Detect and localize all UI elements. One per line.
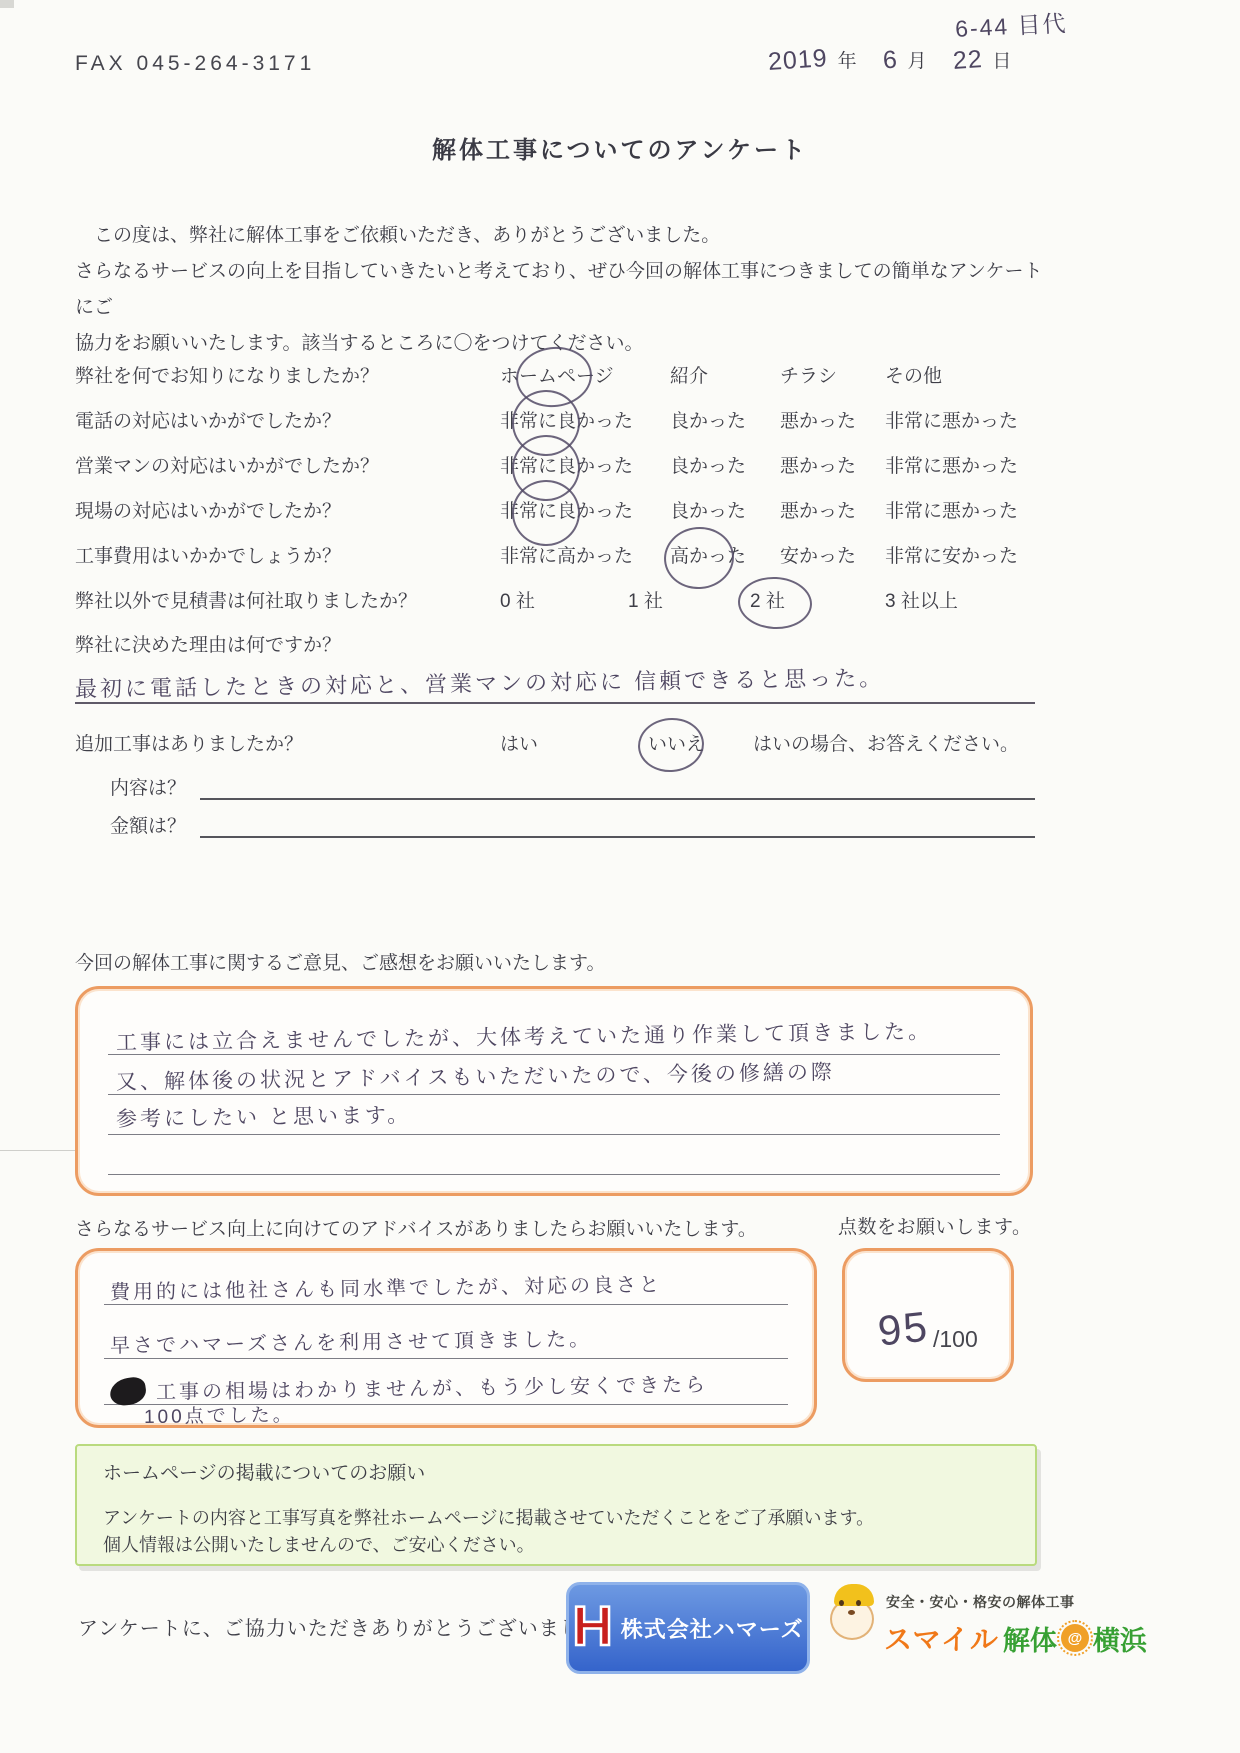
- comment-line-empty: [108, 1135, 1000, 1175]
- option: 良かった: [670, 451, 780, 478]
- question-row-site: 現場の対応はいかがでしたか？ 非常に良かった 良かった 悪かった 非常に悪かった: [75, 487, 1175, 532]
- company-name: 株式会社ハマーズ: [621, 1613, 804, 1644]
- fax-number: FAX 045-264-3171: [75, 52, 315, 76]
- advice-line-text: 早さでハマーズさんを利用させて頂きました。: [110, 1323, 592, 1359]
- option: その他: [885, 361, 1175, 388]
- comment-line: 工事の相場はわかりませんが、もう少し安くできたら: [104, 1359, 788, 1405]
- option: 安かった: [780, 541, 885, 568]
- reason-answer-line: 最初に電話したときの対応と、営業マンの対応に 信頼できると思った。: [75, 656, 1035, 704]
- comment-line: 100点でした。: [104, 1405, 788, 1431]
- homepage-request-line: アンケートの内容と工事写真を弊社ホームページに掲載させていただくことをご了承願い…: [103, 1505, 1009, 1532]
- option: 悪かった: [780, 406, 885, 433]
- option: ホームページ: [500, 361, 670, 388]
- advice-line-text: 工事の相場はわかりませんが、もう少し安くできたら: [156, 1368, 708, 1405]
- question-label: 弊社を何でお知りになりましたか？: [75, 361, 500, 388]
- h-monogram-icon: H: [572, 1598, 612, 1654]
- score-denominator: /100: [933, 1326, 978, 1353]
- score-request-label: 点数をお願いします。: [838, 1212, 1031, 1239]
- option: 0 社: [500, 586, 628, 613]
- brand-name-row: スマイル 解体 @ 横浜: [884, 1618, 1147, 1658]
- homepage-request-title: ホームページの掲載についてのお願い: [103, 1458, 1009, 1485]
- option-no: いいえ: [648, 729, 753, 756]
- comment-line: 又、解体後の状況とアドバイスもいただいたので、今後の修繕の際: [108, 1055, 1000, 1095]
- question-label: 現場の対応はいかがでしたか？: [75, 496, 500, 523]
- question-label: 弊社以外で見積書は何社取りましたか？: [75, 586, 500, 613]
- feedback-line-text: 又、解体後の状況とアドバイスもいただいたので、今後の修繕の際: [116, 1056, 835, 1096]
- question-row-phone: 電話の対応はいかがでしたか？ 非常に良かった 良かった 悪かった 非常に悪かった: [75, 397, 1175, 442]
- additional-work-label: 追加工事はありましたか？: [75, 729, 500, 756]
- thanks-message: アンケートに、ご協力いただきありがとうございました。: [78, 1612, 623, 1641]
- option: 2 社: [750, 586, 885, 613]
- score-value: 95: [876, 1302, 931, 1355]
- sun-at-icon: @: [1061, 1624, 1089, 1652]
- option: 1 社: [628, 586, 750, 613]
- option: 悪かった: [780, 451, 885, 478]
- option: 非常に悪かった: [885, 496, 1175, 523]
- brand-yokohama-text: 横浜: [1093, 1619, 1147, 1658]
- option: 良かった: [670, 406, 780, 433]
- option: 悪かった: [780, 496, 885, 523]
- homepage-request-box: ホームページの掲載についてのお願い アンケートの内容と工事写真を弊社ホームページ…: [75, 1444, 1037, 1566]
- additional-work-row: 追加工事はありましたか？ はい いいえ はいの場合、お答えください。: [75, 722, 1175, 762]
- comment-line: 費用的には他社さんも同水準でしたが、対応の良さと: [104, 1261, 788, 1305]
- option: 良かった: [670, 496, 780, 523]
- option: 非常に高かった: [500, 541, 670, 568]
- question-label: 営業マンの対応はいかがでしたか？: [75, 451, 500, 478]
- brand-tagline: 安全・安心・格安の解体工事: [886, 1592, 1075, 1612]
- option: 非常に安かった: [885, 541, 1175, 568]
- comment-line: 工事には立合えませんでしたが、大体考えていた通り作業して頂きました。: [108, 1003, 1000, 1055]
- reason-answer-text: 最初に電話したときの対応と、営業マンの対応に 信頼できると思った。: [75, 661, 884, 703]
- page-title: 解体工事についてのアンケート: [0, 130, 1240, 165]
- question-label: 工事費用はいかかでしょうか？: [75, 541, 500, 568]
- question-row-cost: 工事費用はいかかでしょうか？ 非常に高かった 高かった 安かった 非常に安かった: [75, 532, 1175, 577]
- amount-label: 金額は？: [75, 811, 186, 838]
- date-month-value: 6: [882, 46, 899, 76]
- blank-line: [200, 776, 1035, 800]
- advice-section-label: さらなるサービス向上に向けてのアドバイスがありましたらお願いいたします。: [75, 1214, 757, 1241]
- option: 非常に良かった: [500, 451, 670, 478]
- option: 紹介: [670, 361, 780, 388]
- option: チラシ: [780, 361, 885, 388]
- date-month-suffix: 月: [908, 46, 927, 73]
- scan-artifact-line: [0, 1150, 86, 1151]
- date-year-value: 2019: [767, 44, 829, 77]
- question-row-sales: 営業マンの対応はいかがでしたか？ 非常に良かった 良かった 悪かった 非常に悪か…: [75, 442, 1175, 487]
- option: 非常に悪かった: [885, 451, 1175, 478]
- feedback-comment-box: 工事には立合えませんでしたが、大体考えていた通り作業して頂きました。 又、解体後…: [75, 986, 1033, 1196]
- advice-comment-box: 費用的には他社さんも同水準でしたが、対応の良さと 早さでハマーズさんを利用させて…: [75, 1248, 817, 1428]
- date-line: 2019 年 6 月 22 日: [768, 46, 1037, 73]
- mascot-icon: [826, 1584, 880, 1648]
- intro-line: この度は、弊社に解体工事をご依頼いただき、ありがとうございました。: [75, 218, 1050, 254]
- score-box: 95 /100: [842, 1248, 1014, 1382]
- option: 非常に悪かった: [885, 406, 1175, 433]
- feedback-line-text: 参考にしたい と思います。: [116, 1099, 412, 1133]
- additional-work-note: はいの場合、お答えください。: [753, 729, 1175, 756]
- intro-line: さらなるサービスの向上を目指していきたいと考えており、ぜひ今回の解体工事につきま…: [75, 254, 1050, 326]
- intro-paragraph: この度は、弊社に解体工事をご依頼いただき、ありがとうございました。 さらなるサー…: [75, 218, 1050, 362]
- reason-question-label: 弊社に決めた理由は何ですか？: [75, 630, 341, 657]
- question-label: 電話の対応はいかがでしたか？: [75, 406, 500, 433]
- ink-scribble: [108, 1376, 147, 1408]
- handwritten-reference-note: 6-44 目代: [954, 5, 1068, 44]
- advice-line-text: 費用的には他社さんも同水準でしたが、対応の良さと: [110, 1268, 662, 1305]
- feedback-line-text: 工事には立合えませんでしたが、大体考えていた通り作業して頂きました。: [116, 1015, 932, 1056]
- comment-line: 参考にしたい と思います。: [108, 1095, 1000, 1135]
- option-yes: はい: [500, 729, 648, 756]
- company-logo: H 株式会社ハマーズ: [566, 1582, 810, 1674]
- option: 高かった: [670, 541, 780, 568]
- feedback-section-label: 今回の解体工事に関するご意見、ご感想をお願いいたします。: [75, 948, 605, 975]
- date-day-suffix: 日: [992, 46, 1011, 73]
- brand-kaitai-text: 解体: [1003, 1619, 1057, 1658]
- date-year-suffix: 年: [838, 46, 857, 73]
- detail-field-row: 内容は？: [75, 773, 1035, 800]
- homepage-request-line: 個人情報は公開いたしませんので、ご安心ください。: [103, 1532, 1009, 1559]
- question-row-quotes: 弊社以外で見積書は何社取りましたか？ 0 社 1 社 2 社 3 社以上: [75, 577, 1175, 622]
- blank-line: [200, 814, 1035, 838]
- option: 3 社以上: [885, 586, 1175, 613]
- brand-smile-text: スマイル: [884, 1618, 999, 1658]
- option: 非常に良かった: [500, 406, 670, 433]
- option: 非常に良かった: [500, 496, 670, 523]
- comment-line: 早さでハマーズさんを利用させて頂きました。: [104, 1305, 788, 1359]
- amount-field-row: 金額は？: [75, 811, 1035, 838]
- date-day-value: 22: [952, 45, 984, 76]
- advice-line-text: 100点でした。: [144, 1400, 295, 1429]
- detail-label: 内容は？: [75, 773, 186, 800]
- question-table: 弊社を何でお知りになりましたか？ ホームページ 紹介 チラシ その他 電話の対応…: [75, 352, 1175, 622]
- scan-artifact: [0, 0, 14, 8]
- question-row-source: 弊社を何でお知りになりましたか？ ホームページ 紹介 チラシ その他: [75, 352, 1175, 397]
